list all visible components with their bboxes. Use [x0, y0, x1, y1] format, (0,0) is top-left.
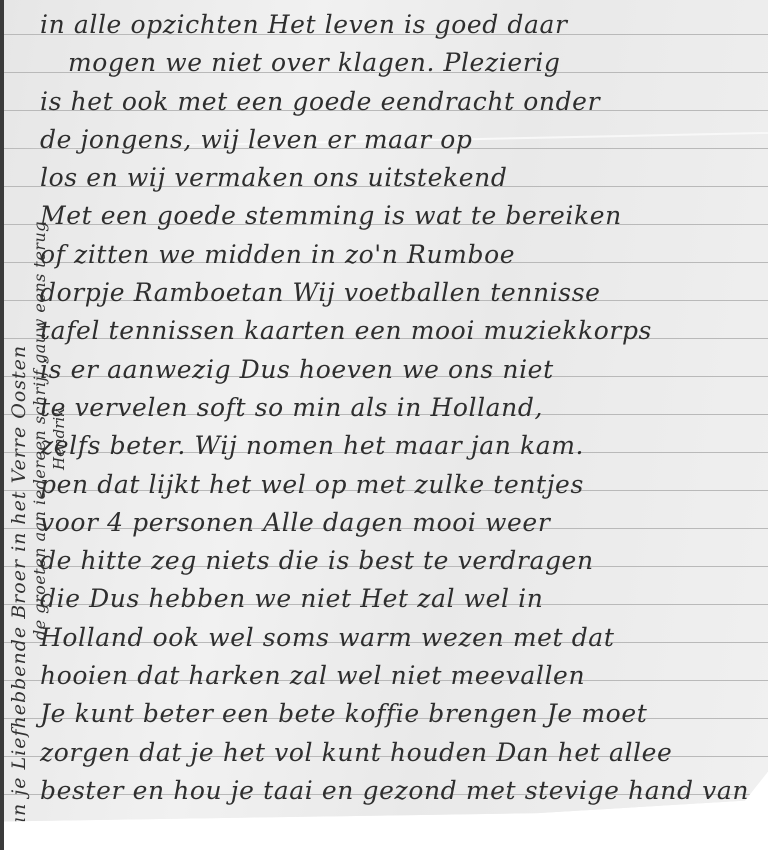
letter-line: los en wij vermaken ons uitstekend [40, 159, 760, 197]
letter-line: of zitten we midden in zo'n Rumboe [40, 236, 760, 274]
letter-line: tafel tennissen kaarten een mooi muziekk… [40, 312, 760, 350]
letter-line: de jongens, wij leven er maar op [40, 121, 760, 159]
letter-line: Met een goede stemming is wat te bereike… [40, 197, 760, 235]
letter-line: te vervelen soft so min als in Holland, [40, 389, 760, 427]
letter-line: is het ook met een goede eendracht onder [40, 83, 760, 121]
letter-line: zorgen dat je het vol kunt houden Dan he… [40, 734, 760, 772]
letter-body: in alle opzichten Het leven is goed daar… [40, 6, 760, 810]
letter-line: in alle opzichten Het leven is goed daar [40, 6, 760, 44]
margin-note-name: Hendrik [50, 408, 68, 470]
margin-note-greetings: de groeten aan iedereen schrijf gauw een… [30, 221, 49, 640]
letter-line: de hitte zeg niets die is best te verdra… [40, 542, 760, 580]
letter-page: in alle opzichten Het leven is goed daar… [0, 0, 768, 834]
letter-line: zelfs beter. Wij nomen het maar jan kam. [40, 427, 760, 465]
letter-line: die Dus hebben we niet Het zal wel in [40, 580, 760, 618]
letter-line: hooien dat harken zal wel niet meevallen [40, 657, 760, 695]
letter-line: Holland ook wel soms warm wezen met dat [40, 619, 760, 657]
letter-line: mogen we niet over klagen. Plezierig [40, 44, 760, 82]
scan-left-edge [0, 0, 4, 850]
letter-line: voor 4 personen Alle dagen mooi weer [40, 504, 760, 542]
letter-line: dorpje Ramboetan Wij voetballen tennisse [40, 274, 760, 312]
margin-note-signature: van je Liefhebbende Broer in het Verre O… [8, 345, 30, 840]
letter-line: is er aanwezig Dus hoeven we ons niet [40, 351, 760, 389]
letter-line: pen dat lijkt het wel op met zulke tentj… [40, 466, 760, 504]
letter-line: bester en hou je taai en gezond met stev… [40, 772, 760, 810]
letter-line: Je kunt beter een bete koffie brengen Je… [40, 695, 760, 733]
